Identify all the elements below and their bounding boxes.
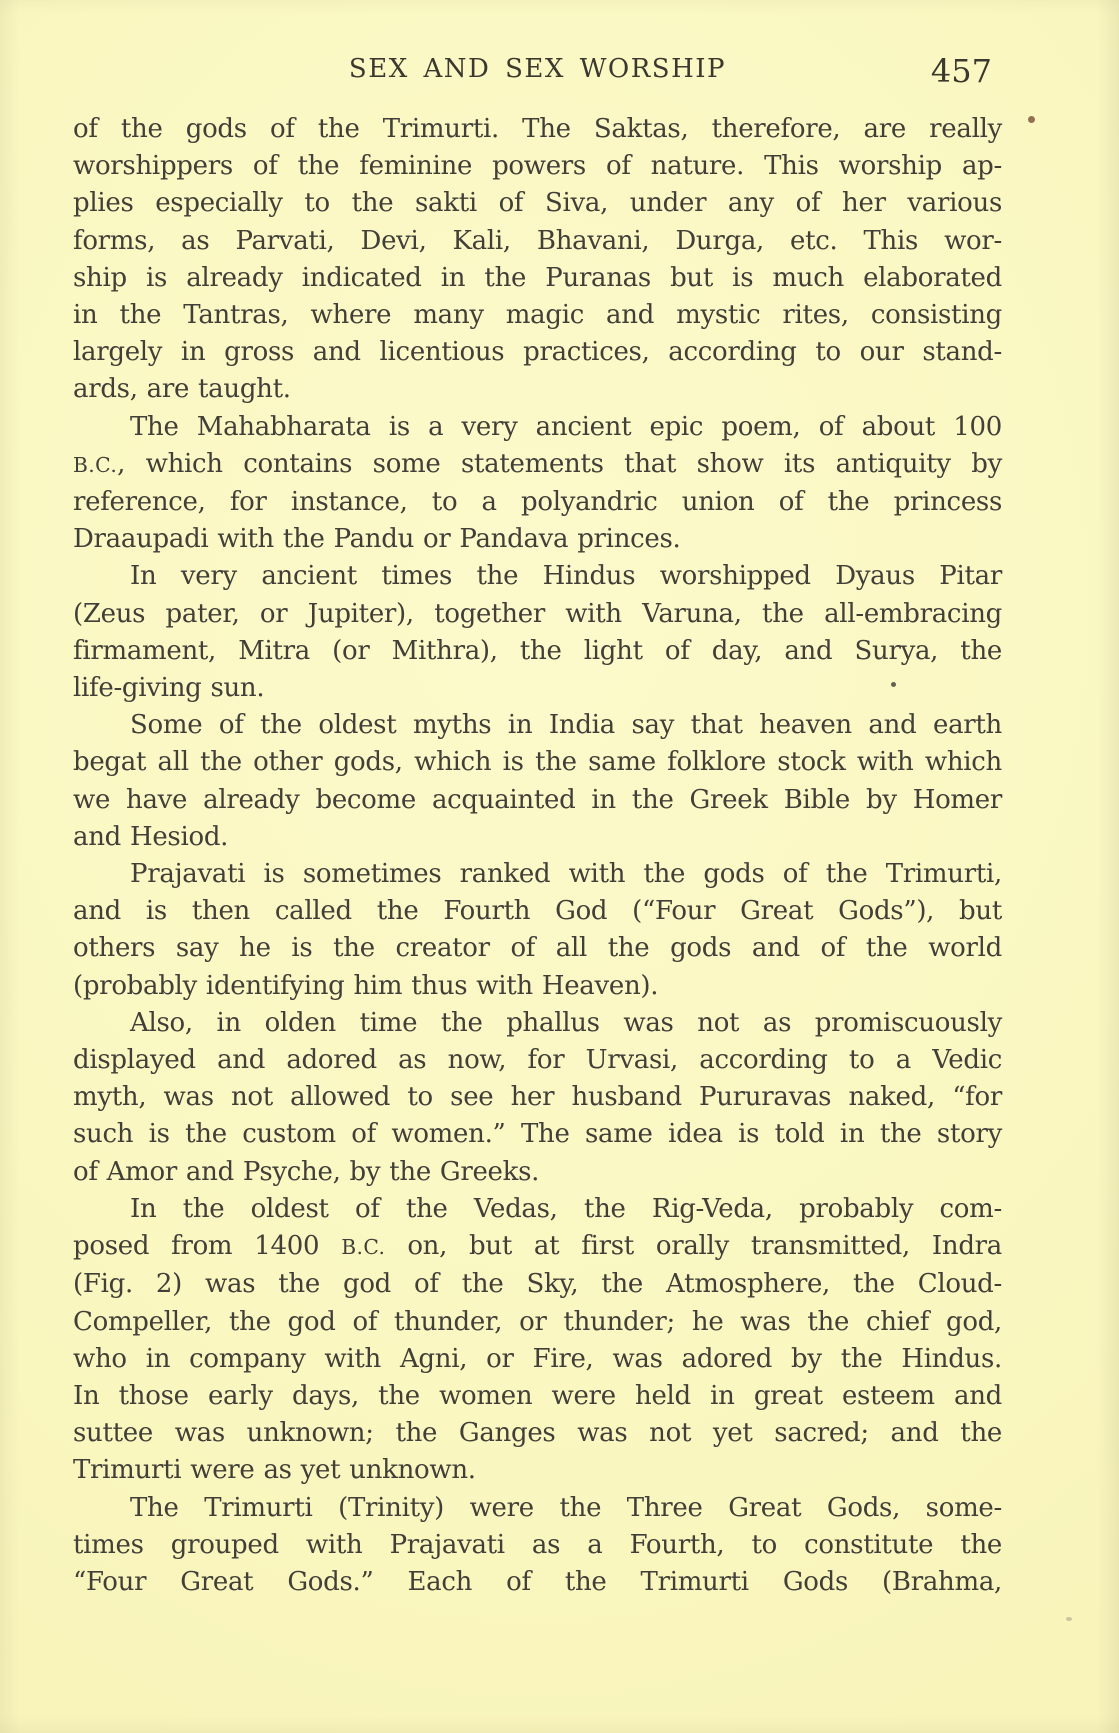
text-line: The Trimurti (Trinity) were the Three Gr… <box>73 1490 1002 1527</box>
paragraph: The Trimurti (Trinity) were the Three Gr… <box>73 1490 1002 1602</box>
text-line: of the gods of the Trimurti. The Saktas,… <box>73 111 1002 148</box>
text-line: and is then called the Fourth God (“Four… <box>73 893 1002 930</box>
paragraph: of the gods of the Trimurti. The Saktas,… <box>73 111 1002 409</box>
text-line: firmament, Mitra (or Mithra), the light … <box>73 633 1002 670</box>
text-line: Prajavati is sometimes ranked with the g… <box>73 856 1002 893</box>
text-line: B.C., which contains some statements tha… <box>73 446 1002 484</box>
book-page: SEX AND SEX WORSHIP 457 of the gods of t… <box>0 0 1119 1733</box>
text-line: ship is already indicated in the Puranas… <box>73 260 1002 297</box>
text-line: suttee was unknown; the Ganges was not y… <box>73 1415 1002 1452</box>
text-line: (Zeus pater, or Jupiter), together with … <box>73 596 1002 633</box>
text-line: others say he is the creator of all the … <box>73 930 1002 967</box>
text-line: times grouped with Prajavati as a Fourth… <box>73 1527 1002 1564</box>
text-line: who in company with Agni, or Fire, was a… <box>73 1341 1002 1378</box>
text-line: we have already become acquainted in the… <box>73 782 1002 819</box>
page-number: 457 <box>931 52 992 90</box>
text-line: (probably identifying him thus with Heav… <box>73 968 1002 1005</box>
paragraph: In very ancient times the Hindus worship… <box>73 558 1002 707</box>
text-line: largely in gross and licentious practice… <box>73 334 1002 371</box>
paragraph: The Mahabharata is a very ancient epic p… <box>73 409 1002 559</box>
text-line: begat all the other gods, which is the s… <box>73 744 1002 781</box>
text-line: Trimurti were as yet unknown. <box>73 1452 1002 1489</box>
text-line: such is the custom of women.” The same i… <box>73 1116 1002 1153</box>
text-line: In those early days, the women were held… <box>73 1378 1002 1415</box>
paragraph: Prajavati is sometimes ranked with the g… <box>73 856 1002 1005</box>
text-line: The Mahabharata is a very ancient epic p… <box>73 409 1002 446</box>
text-line: posed from 1400 B.C. on, but at first or… <box>73 1228 1002 1266</box>
text-line: of Amor and Psyche, by the Greeks. <box>73 1154 1002 1191</box>
text-line: ards, are taught. <box>73 371 1002 408</box>
text-line: in the Tantras, where many magic and mys… <box>73 297 1002 334</box>
text-line: life-giving sun. <box>73 670 1002 707</box>
page-body-text: of the gods of the Trimurti. The Saktas,… <box>73 111 1002 1601</box>
text-line: myth, was not allowed to see her husband… <box>73 1079 1002 1116</box>
text-line: reference, for instance, to a polyandric… <box>73 484 1002 521</box>
text-line: forms, as Parvati, Devi, Kali, Bhavani, … <box>73 223 1002 260</box>
text-line: (Fig. 2) was the god of the Sky, the Atm… <box>73 1266 1002 1303</box>
text-line: plies especially to the sakti of Siva, u… <box>73 185 1002 222</box>
text-line: worshippers of the feminine powers of na… <box>73 148 1002 185</box>
text-line: In the oldest of the Vedas, the Rig-Veda… <box>73 1191 1002 1228</box>
paragraph: Some of the oldest myths in India say th… <box>73 707 1002 856</box>
text-line: and Hesiod. <box>73 819 1002 856</box>
text-line: Some of the oldest myths in India say th… <box>73 707 1002 744</box>
ink-speck <box>1066 1617 1072 1621</box>
text-line: Compeller, the god of thunder, or thunde… <box>73 1304 1002 1341</box>
running-title: SEX AND SEX WORSHIP <box>73 54 1002 84</box>
text-line: In very ancient times the Hindus worship… <box>73 558 1002 595</box>
text-line: Draaupadi with the Pandu or Pandava prin… <box>73 521 1002 558</box>
ink-speck <box>1028 116 1035 123</box>
text-line: displayed and adored as now, for Urvasi,… <box>73 1042 1002 1079</box>
page-header: SEX AND SEX WORSHIP 457 <box>73 54 1002 88</box>
paragraph: Also, in olden time the phallus was not … <box>73 1005 1002 1191</box>
text-line: “Four Great Gods.” Each of the Trimurti … <box>73 1564 1002 1601</box>
paragraph: In the oldest of the Vedas, the Rig-Veda… <box>73 1191 1002 1490</box>
text-line: Also, in olden time the phallus was not … <box>73 1005 1002 1042</box>
